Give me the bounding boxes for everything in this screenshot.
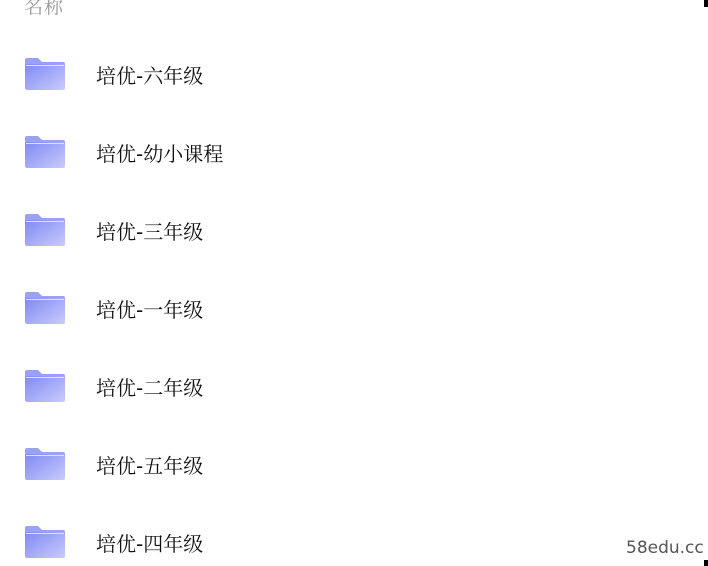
folder-icon: [24, 524, 66, 560]
folder-icon: [24, 446, 66, 482]
folder-label: 培优-幼小课程: [96, 138, 223, 167]
folder-item-grade3[interactable]: 培优-三年级: [0, 200, 600, 260]
folder-item-grade4[interactable]: 培优-四年级: [0, 512, 600, 566]
column-header-name[interactable]: 名称: [24, 0, 64, 19]
folder-label: 培优-五年级: [96, 450, 203, 479]
folder-item-grade6[interactable]: 培优-六年级: [0, 44, 600, 104]
watermark: 58edu.cc: [626, 538, 704, 558]
folder-icon: [24, 56, 66, 92]
folder-label: 培优-六年级: [96, 60, 203, 89]
folder-icon: [24, 290, 66, 326]
folder-item-grade5[interactable]: 培优-五年级: [0, 434, 600, 494]
folder-label: 培优-一年级: [96, 294, 203, 323]
folder-icon: [24, 368, 66, 404]
folder-label: 培优-四年级: [96, 528, 203, 557]
folder-icon: [24, 134, 66, 170]
corner-marker: [704, 0, 708, 7]
folder-item-preschool[interactable]: 培优-幼小课程: [0, 122, 600, 182]
folder-item-grade2[interactable]: 培优-二年级: [0, 356, 600, 416]
folder-icon: [24, 212, 66, 248]
folder-label: 培优-二年级: [96, 372, 203, 401]
corner-marker: [704, 560, 708, 566]
folder-item-grade1[interactable]: 培优-一年级: [0, 278, 600, 338]
folder-label: 培优-三年级: [96, 216, 203, 245]
